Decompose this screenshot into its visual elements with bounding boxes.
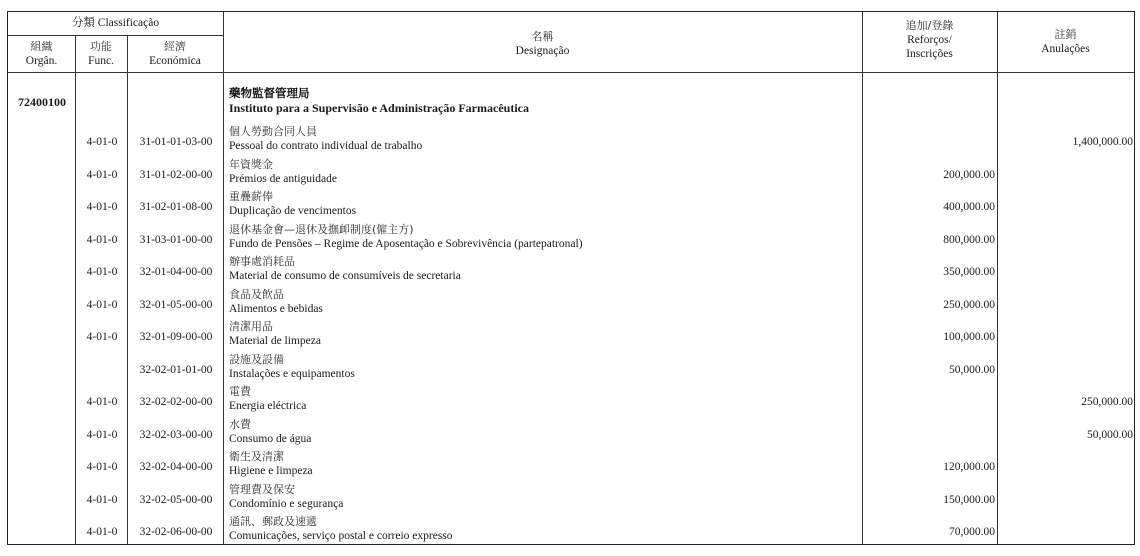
row-designation: 個人勞動合同人員 Pessoal do contrato individual …: [229, 124, 422, 154]
econ-code: 32-01-05-00-00: [128, 299, 224, 311]
designation-pt: Duplicação de vencimentos: [229, 205, 356, 217]
econ-code: 32-02-04-00-00: [128, 461, 224, 473]
func-code: 4-01-0: [76, 234, 128, 246]
designation-cjk: 年資獎金: [229, 157, 337, 172]
designation-cjk: 管理費及保安: [229, 482, 343, 497]
designation-cjk: 食品及飲品: [229, 287, 323, 302]
func-code: 4-01-0: [76, 331, 128, 343]
reinforcement-amount: 200,000.00: [863, 169, 995, 181]
func-code: 4-01-0: [76, 396, 128, 408]
table-row: 4-01-0 32-01-05-00-00 食品及飲品 Alimentos e …: [8, 291, 1136, 324]
reinforcement-amount: 350,000.00: [863, 266, 995, 278]
row-designation: 重疊薪俸 Duplicação de vencimentos: [229, 189, 356, 219]
annulment-amount: 250,000.00: [998, 396, 1133, 408]
econ-code: 32-01-04-00-00: [128, 266, 224, 278]
table-row: 4-01-0 32-02-02-00-00 電費 Energia eléctri…: [8, 388, 1136, 421]
designation-pt: Comunicações, serviço postal e correio e…: [229, 530, 453, 542]
table-row: 4-01-0 32-02-04-00-00 衛生及清潔 Higiene e li…: [8, 453, 1136, 486]
row-designation: 水費 Consumo de água: [229, 417, 311, 447]
func-code: 4-01-0: [76, 201, 128, 213]
table-row: 4-01-0 31-01-01-03-00 個人勞動合同人員 Pessoal d…: [8, 128, 1136, 161]
table-row: 4-01-0 32-02-03-00-00 水費 Consumo de água…: [8, 421, 1136, 454]
row-designation: 電費 Energia eléctrica: [229, 384, 306, 414]
designation-pt: Material de consumo de consumíveis de se…: [229, 270, 461, 282]
row-designation: 食品及飲品 Alimentos e bebidas: [229, 287, 323, 317]
row-designation: 衛生及清潔 Higiene e limpeza: [229, 449, 313, 479]
econ-code: 32-02-03-00-00: [128, 429, 224, 441]
func-code: 4-01-0: [76, 266, 128, 278]
func-code: 4-01-0: [76, 136, 128, 148]
designation-cjk: 重疊薪俸: [229, 189, 356, 204]
designation-pt: Fundo de Pensões – Regime de Aposentação…: [229, 238, 583, 250]
reinforcement-amount: 50,000.00: [863, 364, 995, 376]
designation-cjk: 水費: [229, 417, 311, 432]
designation-cjk: 退休基金會—退休及撫卹制度(僱主方): [229, 222, 583, 237]
designation-cjk: 清潔用品: [229, 319, 321, 334]
designation-pt: Pessoal do contrato individual de trabal…: [229, 140, 422, 152]
header-reinforcements: 追加/登錄 Reforços/ Inscrições: [862, 19, 997, 61]
designation-pt: Instalações e equipamentos: [229, 368, 355, 380]
organ-code: 72400100: [18, 95, 66, 110]
func-code: 4-01-0: [76, 461, 128, 473]
table-row: 4-01-0 31-03-01-00-00 退休基金會—退休及撫卹制度(僱主方)…: [8, 226, 1136, 259]
row-designation: 辦事處消耗品 Material de consumo de consumívei…: [229, 254, 461, 284]
header-designation: 名稱 Designação: [223, 30, 862, 58]
row-designation: 通訊、郵政及速遞 Comunicações, serviço postal e …: [229, 514, 453, 544]
annulment-amount: 1,400,000.00: [998, 136, 1133, 148]
header-func: 功能 Func.: [75, 40, 127, 68]
designation-cjk: 個人勞動合同人員: [229, 124, 422, 139]
row-designation: 設施及設備 Instalações e equipamentos: [229, 352, 355, 382]
table-row: 4-01-0 32-01-04-00-00 辦事處消耗品 Material de…: [8, 258, 1136, 291]
table-row: 4-01-0 32-02-05-00-00 管理費及保安 Condomínio …: [8, 486, 1136, 519]
designation-cjk: 電費: [229, 384, 306, 399]
reinforcement-amount: 800,000.00: [863, 234, 995, 246]
econ-code: 31-03-01-00-00: [128, 234, 224, 246]
designation-cjk: 通訊、郵政及速遞: [229, 514, 453, 529]
reinforcement-amount: 70,000.00: [863, 526, 995, 538]
row-designation: 管理費及保安 Condomínio e segurança: [229, 482, 343, 512]
econ-code: 31-01-02-00-00: [128, 169, 224, 181]
reinforcement-amount: 120,000.00: [863, 461, 995, 473]
row-divider: [8, 35, 223, 36]
econ-code: 32-02-06-00-00: [128, 526, 224, 538]
designation-pt: Consumo de água: [229, 433, 311, 445]
annulment-amount: 50,000.00: [998, 429, 1133, 441]
econ-code: 32-02-01-01-00: [128, 364, 224, 376]
designation-pt: Energia eléctrica: [229, 400, 306, 412]
designation-pt: Higiene e limpeza: [229, 465, 313, 477]
func-code: 4-01-0: [76, 299, 128, 311]
reinforcement-amount: 400,000.00: [863, 201, 995, 213]
func-code: 4-01-0: [76, 526, 128, 538]
table-row: 32-02-01-01-00 設施及設備 Instalações e equip…: [8, 356, 1136, 389]
row-designation: 清潔用品 Material de limpeza: [229, 319, 321, 349]
reinforcement-amount: 250,000.00: [863, 299, 995, 311]
header-econ: 經濟 Económica: [127, 40, 223, 68]
row-designation: 退休基金會—退休及撫卹制度(僱主方) Fundo de Pensões – Re…: [229, 222, 583, 252]
func-code: 4-01-0: [76, 494, 128, 506]
organ-name: 藥物監督管理局 Instituto para a Supervisão e Ad…: [229, 86, 529, 116]
header-annulments: 註銷 Anulações: [997, 28, 1134, 56]
econ-code: 32-01-09-00-00: [128, 331, 224, 343]
designation-cjk: 辦事處消耗品: [229, 254, 461, 269]
header-classification: 分類 Classificação: [8, 16, 223, 30]
designation-pt: Condomínio e segurança: [229, 498, 343, 510]
header-bottom: [8, 72, 1134, 73]
table-row: 4-01-0 32-02-06-00-00 通訊、郵政及速遞 Comunicaç…: [8, 518, 1136, 551]
designation-cjk: 設施及設備: [229, 352, 355, 367]
econ-code: 32-02-05-00-00: [128, 494, 224, 506]
table-row: 4-01-0 32-01-09-00-00 清潔用品 Material de l…: [8, 323, 1136, 356]
designation-pt: Material de limpeza: [229, 335, 321, 347]
econ-code: 31-01-01-03-00: [128, 136, 224, 148]
econ-code: 31-02-01-08-00: [128, 201, 224, 213]
row-designation: 年資獎金 Prémios de antiguidade: [229, 157, 337, 187]
budget-table: 分類 Classificação 組織 Orgân. 功能 Func. 經濟 E…: [7, 11, 1135, 545]
designation-pt: Prémios de antiguidade: [229, 173, 337, 185]
designation-cjk: 衛生及清潔: [229, 449, 313, 464]
header-organ: 組織 Orgân.: [8, 40, 75, 68]
econ-code: 32-02-02-00-00: [128, 396, 224, 408]
reinforcement-amount: 150,000.00: [863, 494, 995, 506]
table-row: 4-01-0 31-01-02-00-00 年資獎金 Prémios de an…: [8, 161, 1136, 194]
func-code: 4-01-0: [76, 169, 128, 181]
designation-pt: Alimentos e bebidas: [229, 303, 323, 315]
reinforcement-amount: 100,000.00: [863, 331, 995, 343]
func-code: 4-01-0: [76, 429, 128, 441]
